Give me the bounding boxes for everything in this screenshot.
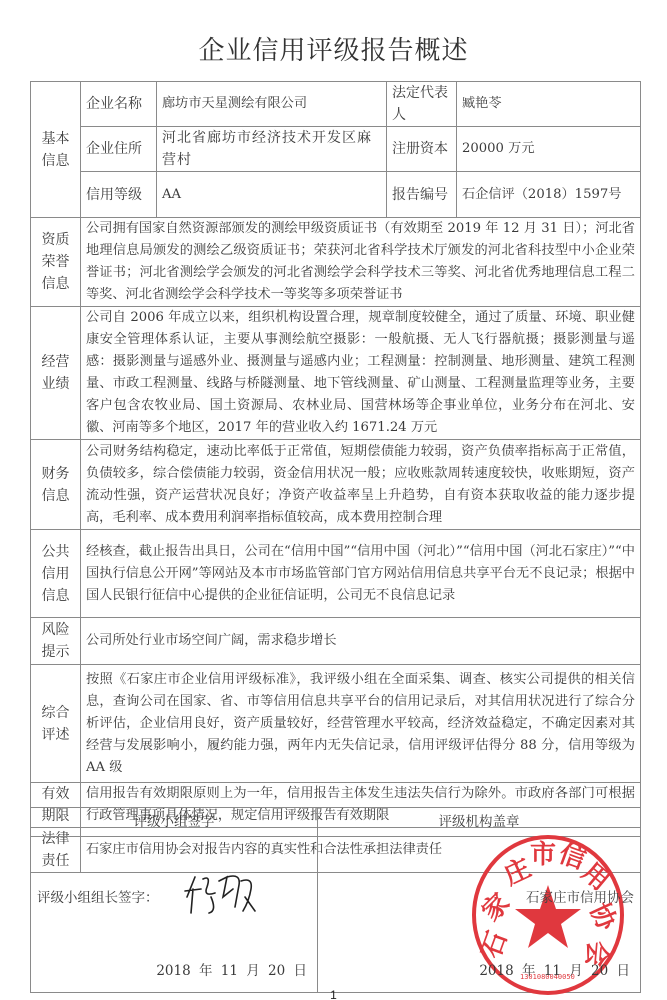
team-signature-date: 2018 年 11 月 20 日 bbox=[156, 960, 307, 982]
section-label-text: 经营业绩 bbox=[41, 351, 71, 395]
agency-seal-cell: 石 家 庄 市 信 用 协 会 1301080040050 石家庄市信用协会 2… bbox=[318, 837, 641, 993]
field-label: 企业名称 bbox=[81, 82, 157, 127]
section-row-public-credit: 公共信用信息 经核查，截止报告出具日，公司在“信用中国”“信用中国（河北）”“信… bbox=[31, 530, 641, 618]
section-text: 按照《石家庄市企业信用评级标准》，我评级小组在全面采集、调查、核实公司提供的相关… bbox=[81, 665, 641, 783]
field-label: 法定代表人 bbox=[387, 82, 457, 127]
section-label-text: 风险提示 bbox=[41, 619, 71, 663]
basic-info-row: 基本信息 企业名称 廊坊市天星测绘有限公司 法定代表人 臧艳苓 bbox=[31, 82, 641, 127]
svg-text:石: 石 bbox=[476, 928, 513, 963]
field-label: 企业住所 bbox=[81, 127, 157, 172]
field-label: 信用等级 bbox=[81, 172, 157, 218]
section-text: 公司财务结构稳定，速动比率低于正常值，短期偿债能力较弱，资产负债率指标高于正常值… bbox=[81, 440, 641, 530]
section-label: 经营业绩 bbox=[31, 307, 81, 440]
svg-text:家: 家 bbox=[476, 888, 516, 928]
report-number: 石企信评（2018）1597号 bbox=[457, 172, 641, 218]
agency-name: 石家庄市信用协会 bbox=[526, 887, 634, 909]
section-label-text: 资质荣誉信息 bbox=[41, 229, 71, 295]
rating-team-signature-header: 评级小组签字 bbox=[31, 808, 318, 837]
company-address: 河北省廊坊市经济技术开发区麻营村 bbox=[157, 127, 387, 172]
section-label-text: 财务信息 bbox=[41, 463, 71, 507]
registered-capital: 20000 万元 bbox=[457, 127, 641, 172]
section-text: 经核查，截止报告出具日，公司在“信用中国”“信用中国（河北）”“信用中国（河北石… bbox=[81, 530, 641, 618]
field-label: 报告编号 bbox=[387, 172, 457, 218]
basic-info-row: 信用等级 AA 报告编号 石企信评（2018）1597号 bbox=[31, 172, 641, 218]
signature-body-row: 评级小组组长签字： 2018 年 11 月 20 日 石 家 庄 市 信 用 协… bbox=[31, 837, 641, 993]
page-title: 企业信用评级报告概述 bbox=[0, 30, 667, 67]
section-label-text: 基本信息 bbox=[41, 128, 71, 172]
company-name: 廊坊市天星测绘有限公司 bbox=[157, 82, 387, 127]
section-row-financial: 财务信息 公司财务结构稳定，速动比率低于正常值，短期偿债能力较弱，资产负债率指标… bbox=[31, 440, 641, 530]
section-label: 公共信用信息 bbox=[31, 530, 81, 618]
section-text: 公司拥有国家自然资源部颁发的测绘甲级资质证书（有效期至 2019 年 12 月 … bbox=[81, 218, 641, 307]
team-signature-cell: 评级小组组长签字： 2018 年 11 月 20 日 bbox=[31, 837, 318, 993]
handwritten-signature-icon bbox=[181, 867, 261, 917]
page-number: 1 bbox=[0, 988, 667, 1000]
section-row-risk: 风险提示 公司所处行业市场空间广阔，需求稳步增长 bbox=[31, 618, 641, 665]
section-text: 公司自 2006 年成立以来，组织机构设置合理，规章制度较健全，通过了质量、环境… bbox=[81, 307, 641, 440]
svg-text:市: 市 bbox=[530, 840, 556, 870]
section-text: 公司所处行业市场空间广阔，需求稳步增长 bbox=[81, 618, 641, 665]
agency-seal-date: 2018 年 11 月 20 日 bbox=[479, 960, 630, 982]
section-label-basic-info: 基本信息 bbox=[31, 82, 81, 218]
leader-signature-label: 评级小组组长签字： bbox=[37, 887, 159, 909]
section-label-text: 公共信用信息 bbox=[41, 541, 71, 607]
section-row-qualification: 资质荣誉信息 公司拥有国家自然资源部颁发的测绘甲级资质证书（有效期至 2019 … bbox=[31, 218, 641, 307]
section-label: 财务信息 bbox=[31, 440, 81, 530]
section-label: 综合评述 bbox=[31, 665, 81, 783]
credit-rating: AA bbox=[157, 172, 387, 218]
basic-info-row: 企业住所 河北省廊坊市经济技术开发区麻营村 注册资本 20000 万元 bbox=[31, 127, 641, 172]
section-label-text: 综合评述 bbox=[41, 702, 71, 746]
field-label: 注册资本 bbox=[387, 127, 457, 172]
section-label: 资质荣誉信息 bbox=[31, 218, 81, 307]
section-row-performance: 经营业绩 公司自 2006 年成立以来，组织机构设置合理，规章制度较健全，通过了… bbox=[31, 307, 641, 440]
section-label: 风险提示 bbox=[31, 618, 81, 665]
signature-table: 评级小组签字 评级机构盖章 评级小组组长签字： 2018 年 11 月 20 日… bbox=[30, 807, 641, 993]
credit-report-table: 基本信息 企业名称 廊坊市天星测绘有限公司 法定代表人 臧艳苓 企业住所 河北省… bbox=[30, 81, 641, 873]
legal-representative: 臧艳苓 bbox=[457, 82, 641, 127]
section-row-summary: 综合评述 按照《石家庄市企业信用评级标准》，我评级小组在全面采集、调查、核实公司… bbox=[31, 665, 641, 783]
